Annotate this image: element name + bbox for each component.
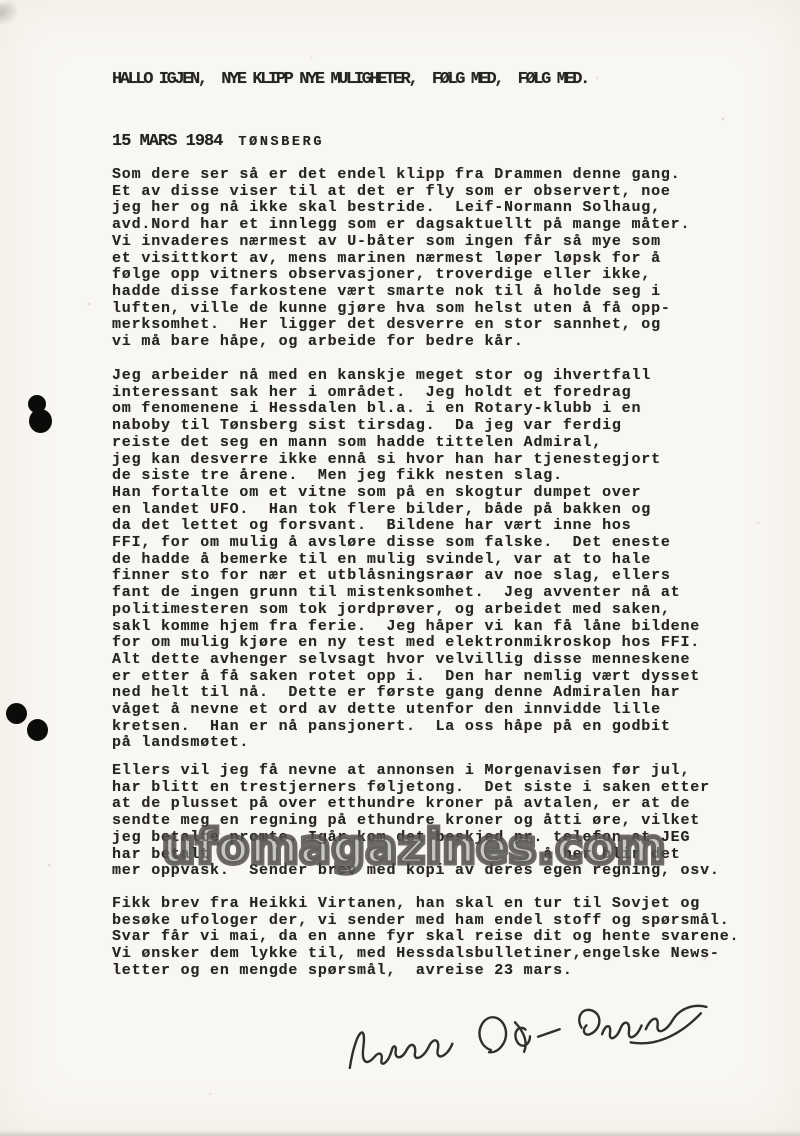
paragraph-heikki-virtanen: Fikk brev fra Heikki Virtanen, han skal … <box>112 896 739 980</box>
ink-blob-middle <box>6 703 27 724</box>
paragraph-admiral-story: Jeg arbeider nå med en kanskje meget sto… <box>112 368 700 752</box>
ink-blob-top <box>29 409 52 433</box>
scan-noise-specks <box>0 0 2 2</box>
signature-stroke-odd2 <box>514 1019 561 1052</box>
scanned-letter-page: HALLO IGJEN, NYE KLIPP NYE MULIGHETER, F… <box>0 0 800 1136</box>
paragraph-drammen-clips: Som dere ser så er det endel klipp fra D… <box>112 167 690 351</box>
signature-stroke-gunnar <box>579 1002 709 1041</box>
ink-blob-middle <box>27 719 48 741</box>
letter-headline: HALLO IGJEN, NYE KLIPP NYE MULIGHETER, F… <box>112 70 588 90</box>
dateline-date: 15 MARS 1984 <box>112 132 222 151</box>
dateline-place: TØNSBERG <box>238 135 324 150</box>
scan-corner-smudge <box>0 0 23 27</box>
handwritten-signature <box>327 979 712 1093</box>
signature-stroke-odd <box>478 1016 507 1053</box>
signature-stroke-hilsen <box>347 1026 453 1068</box>
scan-edge-shadow <box>0 1130 800 1136</box>
watermark-text: ufomagazines.com <box>162 822 666 874</box>
dateline: 15 MARS 1984TØNSBERG <box>112 132 324 151</box>
